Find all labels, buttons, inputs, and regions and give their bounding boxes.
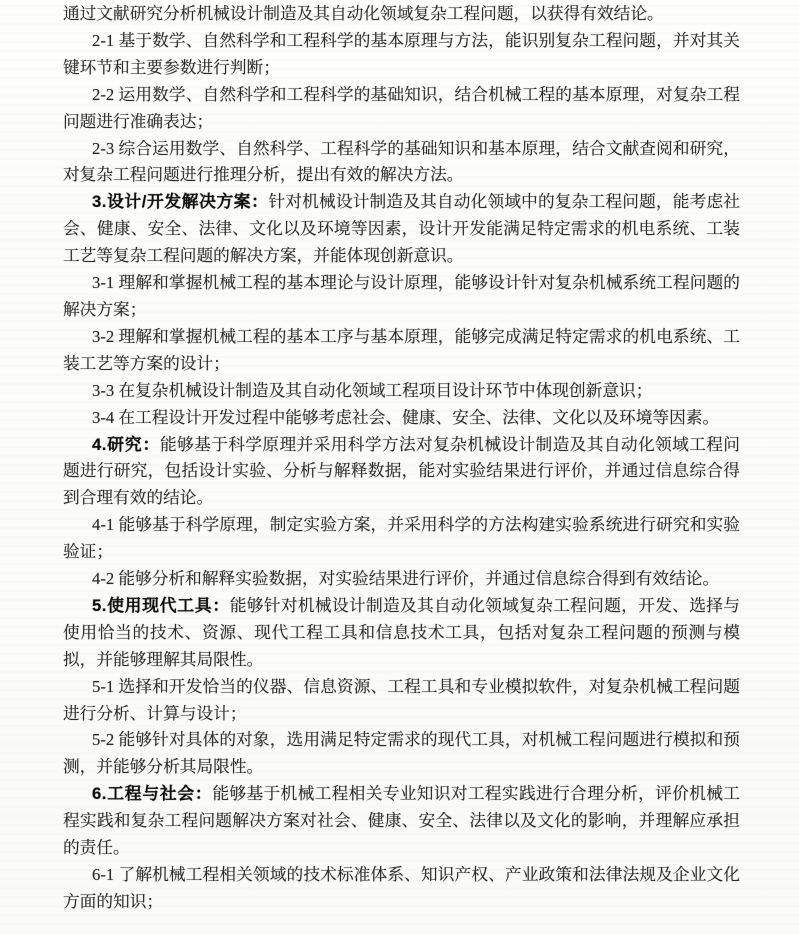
paragraph-text: 能够基于科学原理并采用科学方法对复杂机械设计制造及其自动化领域工程问题进行研究，… <box>63 435 740 508</box>
section-heading: 4.研究： <box>92 435 160 454</box>
section-5-modern-tools: 5.使用现代工具：能够针对机械设计制造及其自动化领域复杂工程问题，开发、选择与使… <box>63 593 740 674</box>
section-heading: 6.工程与社会： <box>92 784 212 803</box>
paragraph-text: 通过文献研究分析机械设计制造及其自动化领域复杂工程问题，以获得有效结论。 <box>63 4 664 23</box>
requirement-item-3-3: 3-3 在复杂机械设计制造及其自动化领域工程项目设计环节中体现创新意识； <box>63 378 740 405</box>
requirement-item-3-2: 3-2 理解和掌握机械工程的基本工序与基本原理，能够完成满足特定需求的机电系统、… <box>63 324 740 378</box>
section-heading: 3.设计/开发解决方案： <box>92 192 268 211</box>
requirement-item-3-1: 3-1 理解和掌握机械工程的基本理论与设计原理，能够设计针对复杂机械系统工程问题… <box>63 270 740 324</box>
requirement-item-4-1: 4-1 能够基于科学原理，制定实验方案，并采用科学的方法构建实验系统进行研究和实… <box>63 512 740 566</box>
section-4-research: 4.研究：能够基于科学原理并采用科学方法对复杂机械设计制造及其自动化领域工程问题… <box>63 432 740 513</box>
paragraph-text: 2-3 综合运用数学、自然科学、工程科学的基础知识和基本原理，结合文献查阅和研究… <box>63 139 740 185</box>
requirement-item-5-2: 5-2 能够针对具体的对象，选用满足特定需求的现代工具，对机械工程问题进行模拟和… <box>63 727 740 781</box>
section-heading: 5.使用现代工具： <box>92 596 230 615</box>
requirement-item-2-1: 2-1 基于数学、自然科学和工程科学的基本原理与方法，能识别复杂工程问题，并对其… <box>63 28 740 82</box>
requirement-item-2-2: 2-2 运用数学、自然科学和工程科学的基础知识，结合机械工程的基本原理，对复杂工… <box>63 82 740 136</box>
document-body: 通过文献研究分析机械设计制造及其自动化领域复杂工程问题，以获得有效结论。 2-1… <box>63 1 740 916</box>
paragraph-continuation: 通过文献研究分析机械设计制造及其自动化领域复杂工程问题，以获得有效结论。 <box>63 1 740 28</box>
paragraph-text: 3-2 理解和掌握机械工程的基本工序与基本原理，能够完成满足特定需求的机电系统、… <box>63 327 740 373</box>
paragraph-text: 4-2 能够分析和解释实验数据，对实验结果进行评价，并通过信息综合得到有效结论。 <box>92 569 719 588</box>
paragraph-text: 3-3 在复杂机械设计制造及其自动化领域工程项目设计环节中体现创新意识； <box>92 381 652 400</box>
requirement-item-4-2: 4-2 能够分析和解释实验数据，对实验结果进行评价，并通过信息综合得到有效结论。 <box>63 566 740 593</box>
section-6-engineering-society: 6.工程与社会：能够基于机械工程相关专业知识对工程实践进行合理分析，评价机械工程… <box>63 781 740 862</box>
requirement-item-2-3: 2-3 综合运用数学、自然科学、工程科学的基础知识和基本原理，结合文献查阅和研究… <box>63 136 740 190</box>
paragraph-text: 6-1 了解机械工程相关领域的技术标准体系、知识产权、产业政策和法律法规及企业文… <box>63 865 740 911</box>
paragraph-text: 2-2 运用数学、自然科学和工程科学的基础知识，结合机械工程的基本原理，对复杂工… <box>63 85 740 131</box>
scanned-document-page: 通过文献研究分析机械设计制造及其自动化领域复杂工程问题，以获得有效结论。 2-1… <box>0 0 799 934</box>
section-3-design-solutions: 3.设计/开发解决方案：针对机械设计制造及其自动化领域中的复杂工程问题，能考虑社… <box>63 189 740 270</box>
paragraph-text: 3-1 理解和掌握机械工程的基本理论与设计原理，能够设计针对复杂机械系统工程问题… <box>63 273 740 319</box>
paragraph-text: 4-1 能够基于科学原理，制定实验方案，并采用科学的方法构建实验系统进行研究和实… <box>63 515 740 561</box>
requirement-item-5-1: 5-1 选择和开发恰当的仪器、信息资源、工程工具和专业模拟软件，对复杂机械工程问… <box>63 674 740 728</box>
requirement-item-6-1: 6-1 了解机械工程相关领域的技术标准体系、知识产权、产业政策和法律法规及企业文… <box>63 862 740 916</box>
paragraph-text: 5-1 选择和开发恰当的仪器、信息资源、工程工具和专业模拟软件，对复杂机械工程问… <box>63 677 740 723</box>
requirement-item-3-4: 3-4 在工程设计开发过程中能够考虑社会、健康、安全、法律、文化以及环境等因素。 <box>63 405 740 432</box>
paragraph-text: 5-2 能够针对具体的对象，选用满足特定需求的现代工具，对机械工程问题进行模拟和… <box>63 730 740 776</box>
paragraph-text: 3-4 在工程设计开发过程中能够考虑社会、健康、安全、法律、文化以及环境等因素。 <box>92 408 719 427</box>
paragraph-text: 2-1 基于数学、自然科学和工程科学的基本原理与方法，能识别复杂工程问题，并对其… <box>63 31 740 77</box>
